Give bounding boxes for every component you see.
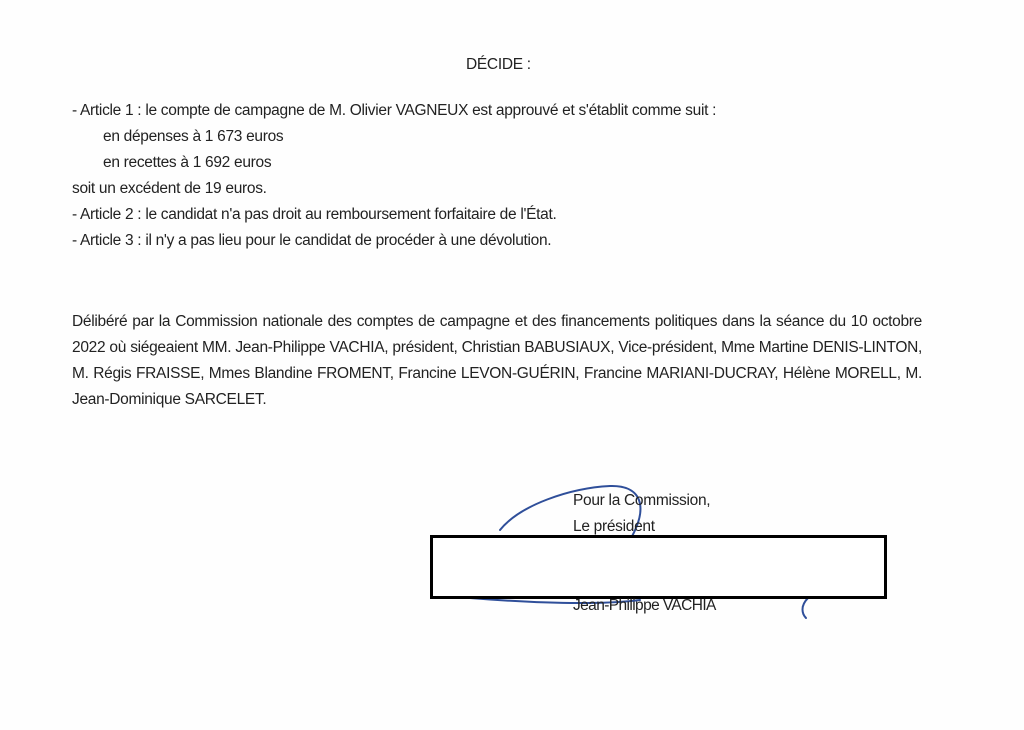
signature-for-commission: Pour la Commission,: [573, 491, 710, 511]
article-3: - Article 3 : il n'y a pas lieu pour le …: [72, 231, 551, 251]
signatory-name: Jean-Philippe VACHIA: [573, 596, 716, 616]
surplus-line: soit un excédent de 19 euros.: [72, 179, 267, 199]
deliberation-paragraph: Délibéré par la Commission nationale des…: [72, 309, 922, 413]
signature-title: Le président: [573, 517, 655, 537]
article-2: - Article 2 : le candidat n'a pas droit …: [72, 205, 557, 225]
redaction-box: [430, 535, 887, 599]
expenses-line: en dépenses à 1 673 euros: [103, 127, 283, 147]
decision-heading: DÉCIDE :: [466, 55, 531, 75]
article-1: - Article 1 : le compte de campagne de M…: [72, 101, 716, 121]
receipts-line: en recettes à 1 692 euros: [103, 153, 271, 173]
document-page: DÉCIDE : - Article 1 : le compte de camp…: [0, 0, 1024, 730]
